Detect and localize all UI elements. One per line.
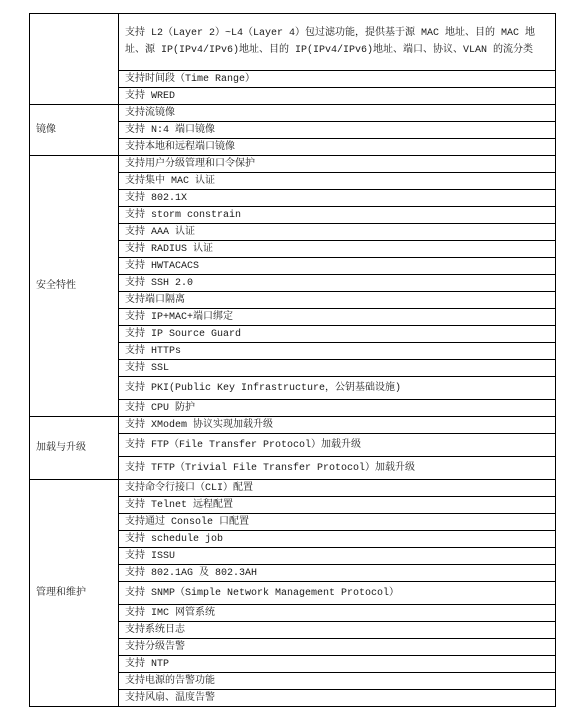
- table-row: 镜像支持流镜像: [30, 105, 556, 122]
- feature-cell: 支持 AAA 认证: [119, 224, 556, 241]
- feature-cell: 支持风扇、温度告警: [119, 690, 556, 707]
- feature-cell: 支持集中 MAC 认证: [119, 173, 556, 190]
- feature-cell: 支持分级告警: [119, 639, 556, 656]
- feature-cell: 支持 N:4 端口镜像: [119, 122, 556, 139]
- category-cell: 安全特性: [30, 156, 119, 417]
- category-cell: 管理和维护: [30, 480, 119, 707]
- category-cell: 镜像: [30, 105, 119, 156]
- feature-cell: 支持 PKI(Public Key Infrastructure，公钥基础设施): [119, 377, 556, 400]
- feature-cell: 支持系统日志: [119, 622, 556, 639]
- feature-cell: 支持 RADIUS 认证: [119, 241, 556, 258]
- feature-cell: 支持 WRED: [119, 88, 556, 105]
- feature-cell: 支持用户分级管理和口令保护: [119, 156, 556, 173]
- feature-cell: 支持 schedule job: [119, 531, 556, 548]
- category-cell: 加载与升级: [30, 417, 119, 480]
- feature-cell: 支持 NTP: [119, 656, 556, 673]
- table-row: 支持 L2（Layer 2）~L4（Layer 4）包过滤功能，提供基于源 MA…: [30, 14, 556, 71]
- document-page: 支持 L2（Layer 2）~L4（Layer 4）包过滤功能，提供基于源 MA…: [0, 0, 568, 715]
- table-row: 安全特性支持用户分级管理和口令保护: [30, 156, 556, 173]
- feature-cell: 支持 storm constrain: [119, 207, 556, 224]
- feature-cell: 支持 XModem 协议实现加载升级: [119, 417, 556, 434]
- feature-table: 支持 L2（Layer 2）~L4（Layer 4）包过滤功能，提供基于源 MA…: [29, 13, 556, 707]
- feature-cell: 支持 Telnet 远程配置: [119, 497, 556, 514]
- feature-cell: 支持 HTTPs: [119, 343, 556, 360]
- feature-cell: 支持 TFTP（Trivial File Transfer Protocol）加…: [119, 457, 556, 480]
- feature-cell: 支持 FTP（File Transfer Protocol）加载升级: [119, 434, 556, 457]
- feature-cell: 支持 IMC 网管系统: [119, 605, 556, 622]
- feature-cell: 支持 SSL: [119, 360, 556, 377]
- feature-cell: 支持 SNMP（Simple Network Management Protoc…: [119, 582, 556, 605]
- feature-cell: 支持 CPU 防护: [119, 400, 556, 417]
- table-row: 加载与升级支持 XModem 协议实现加载升级: [30, 417, 556, 434]
- feature-cell: 支持 802.1AG 及 802.3AH: [119, 565, 556, 582]
- category-cell: [30, 14, 119, 105]
- feature-cell: 支持命令行接口（CLI）配置: [119, 480, 556, 497]
- feature-cell: 支持通过 Console 口配置: [119, 514, 556, 531]
- feature-cell: 支持本地和远程端口镜像: [119, 139, 556, 156]
- feature-cell: 支持电源的告警功能: [119, 673, 556, 690]
- table-row: 管理和维护支持命令行接口（CLI）配置: [30, 480, 556, 497]
- feature-cell: 支持流镜像: [119, 105, 556, 122]
- feature-cell: 支持 SSH 2.0: [119, 275, 556, 292]
- feature-cell: 支持端口隔离: [119, 292, 556, 309]
- feature-cell: 支持 802.1X: [119, 190, 556, 207]
- feature-cell: 支持 IP+MAC+端口绑定: [119, 309, 556, 326]
- feature-cell: 支持 IP Source Guard: [119, 326, 556, 343]
- feature-cell: 支持 HWTACACS: [119, 258, 556, 275]
- feature-cell: 支持 L2（Layer 2）~L4（Layer 4）包过滤功能，提供基于源 MA…: [119, 14, 556, 71]
- feature-cell: 支持 ISSU: [119, 548, 556, 565]
- feature-table-body: 支持 L2（Layer 2）~L4（Layer 4）包过滤功能，提供基于源 MA…: [30, 14, 556, 707]
- feature-cell: 支持时间段（Time Range）: [119, 71, 556, 88]
